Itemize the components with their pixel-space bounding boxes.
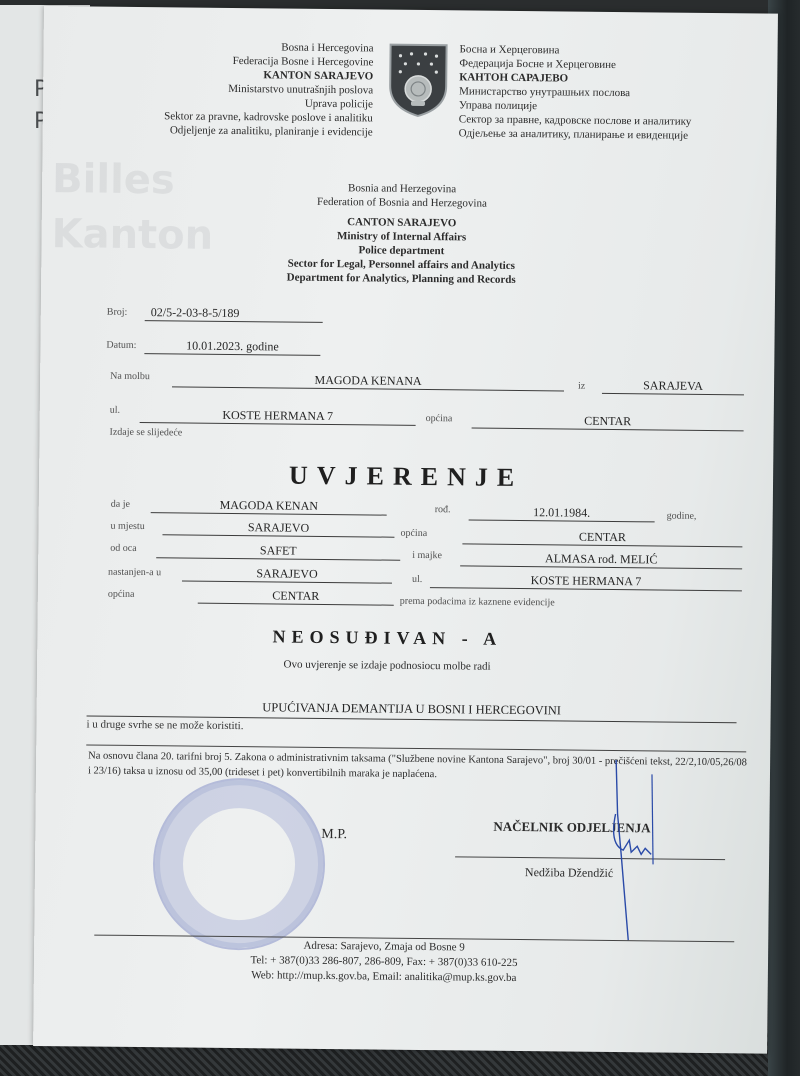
coat-of-arms-icon [387,42,450,119]
birth-label: rođ. [435,504,451,515]
header-line: Odjeljenje za analitiku, planiranje i ev… [93,123,373,140]
municipality-label: općina [426,413,453,424]
purpose-restriction: i u druge svrhe se ne može koristiti. [86,718,243,732]
applicant-municipality: CENTAR [472,413,744,432]
header-local-cyrillic: Босна и ХерцеговинаФедерација Босне и Хе… [459,42,730,143]
header-local-latin: Bosna i HercegovinaFederacija Bosne i He… [93,39,374,140]
date-label: Datum: [106,340,136,351]
request-label: Na molbu [110,371,150,382]
birth-date: 12.01.1984. [469,504,655,522]
header-english: Bosnia and HerzegovinaFederation of Bosn… [191,180,612,288]
handwritten-signature-icon [594,754,686,945]
official-stamp [152,777,326,951]
mother-name: ALMASA rođ. MELIĆ [460,550,742,569]
birthplace-label: u mjestu [110,521,144,532]
certificate-document: Billes Kanton Bosna i HercegovinaFederac… [33,6,778,1054]
header-line: Одјељење за аналитику, планирање и евиде… [459,126,729,143]
applicant-street: KOSTE HERMANA 7 [140,407,416,426]
reference-number-label: Broj: [107,307,128,318]
mother-label: i majke [412,550,442,561]
father-label: od oca [110,543,137,554]
applicant-city: SARAJEVA [602,378,744,395]
show-through-text: Kanton [51,211,213,259]
residence-street-label: ul. [412,574,422,585]
certificate-title: UVJERENJE [39,458,773,496]
residence-municipality: CENTAR [198,588,394,606]
person-label: da je [111,499,130,510]
street-label: ul. [110,405,120,416]
residence-street: KOSTE HERMANA 7 [430,572,742,591]
birth-place: SARAJEVO [162,519,394,537]
issued-text: Izdaje se slijedeće [109,427,182,439]
seal-label: M.P. [321,827,347,843]
father-name: SAFET [156,542,400,561]
header-line: Department for Analytics, Planning and R… [191,270,611,288]
person-name: MAGODA KENAN [151,497,387,515]
applicant-name: MAGODA KENANA [172,371,564,391]
from-label: iz [578,381,585,392]
reference-number: 02/5-2-03-8-5/189 [145,305,323,323]
residence-city: SARAJEVO [182,565,392,583]
birth-municipality: CENTAR [462,528,742,547]
verdict: NEOSUĐIVAN - A [37,624,737,652]
issue-date: 10.01.2023. godine [144,338,320,356]
records-text: prema podacima iz kaznene evidencije [400,596,555,609]
residence-label: nastanjen-a u [108,567,161,579]
purpose-intro: Ovo uvjerenje se izdaje podnosiocu molbe… [37,656,737,675]
show-through-text: Billes [52,156,175,203]
birth-municipality-label: općina [400,528,427,539]
year-label: godine, [667,511,697,522]
residence-municipality-label: općina [108,589,135,600]
